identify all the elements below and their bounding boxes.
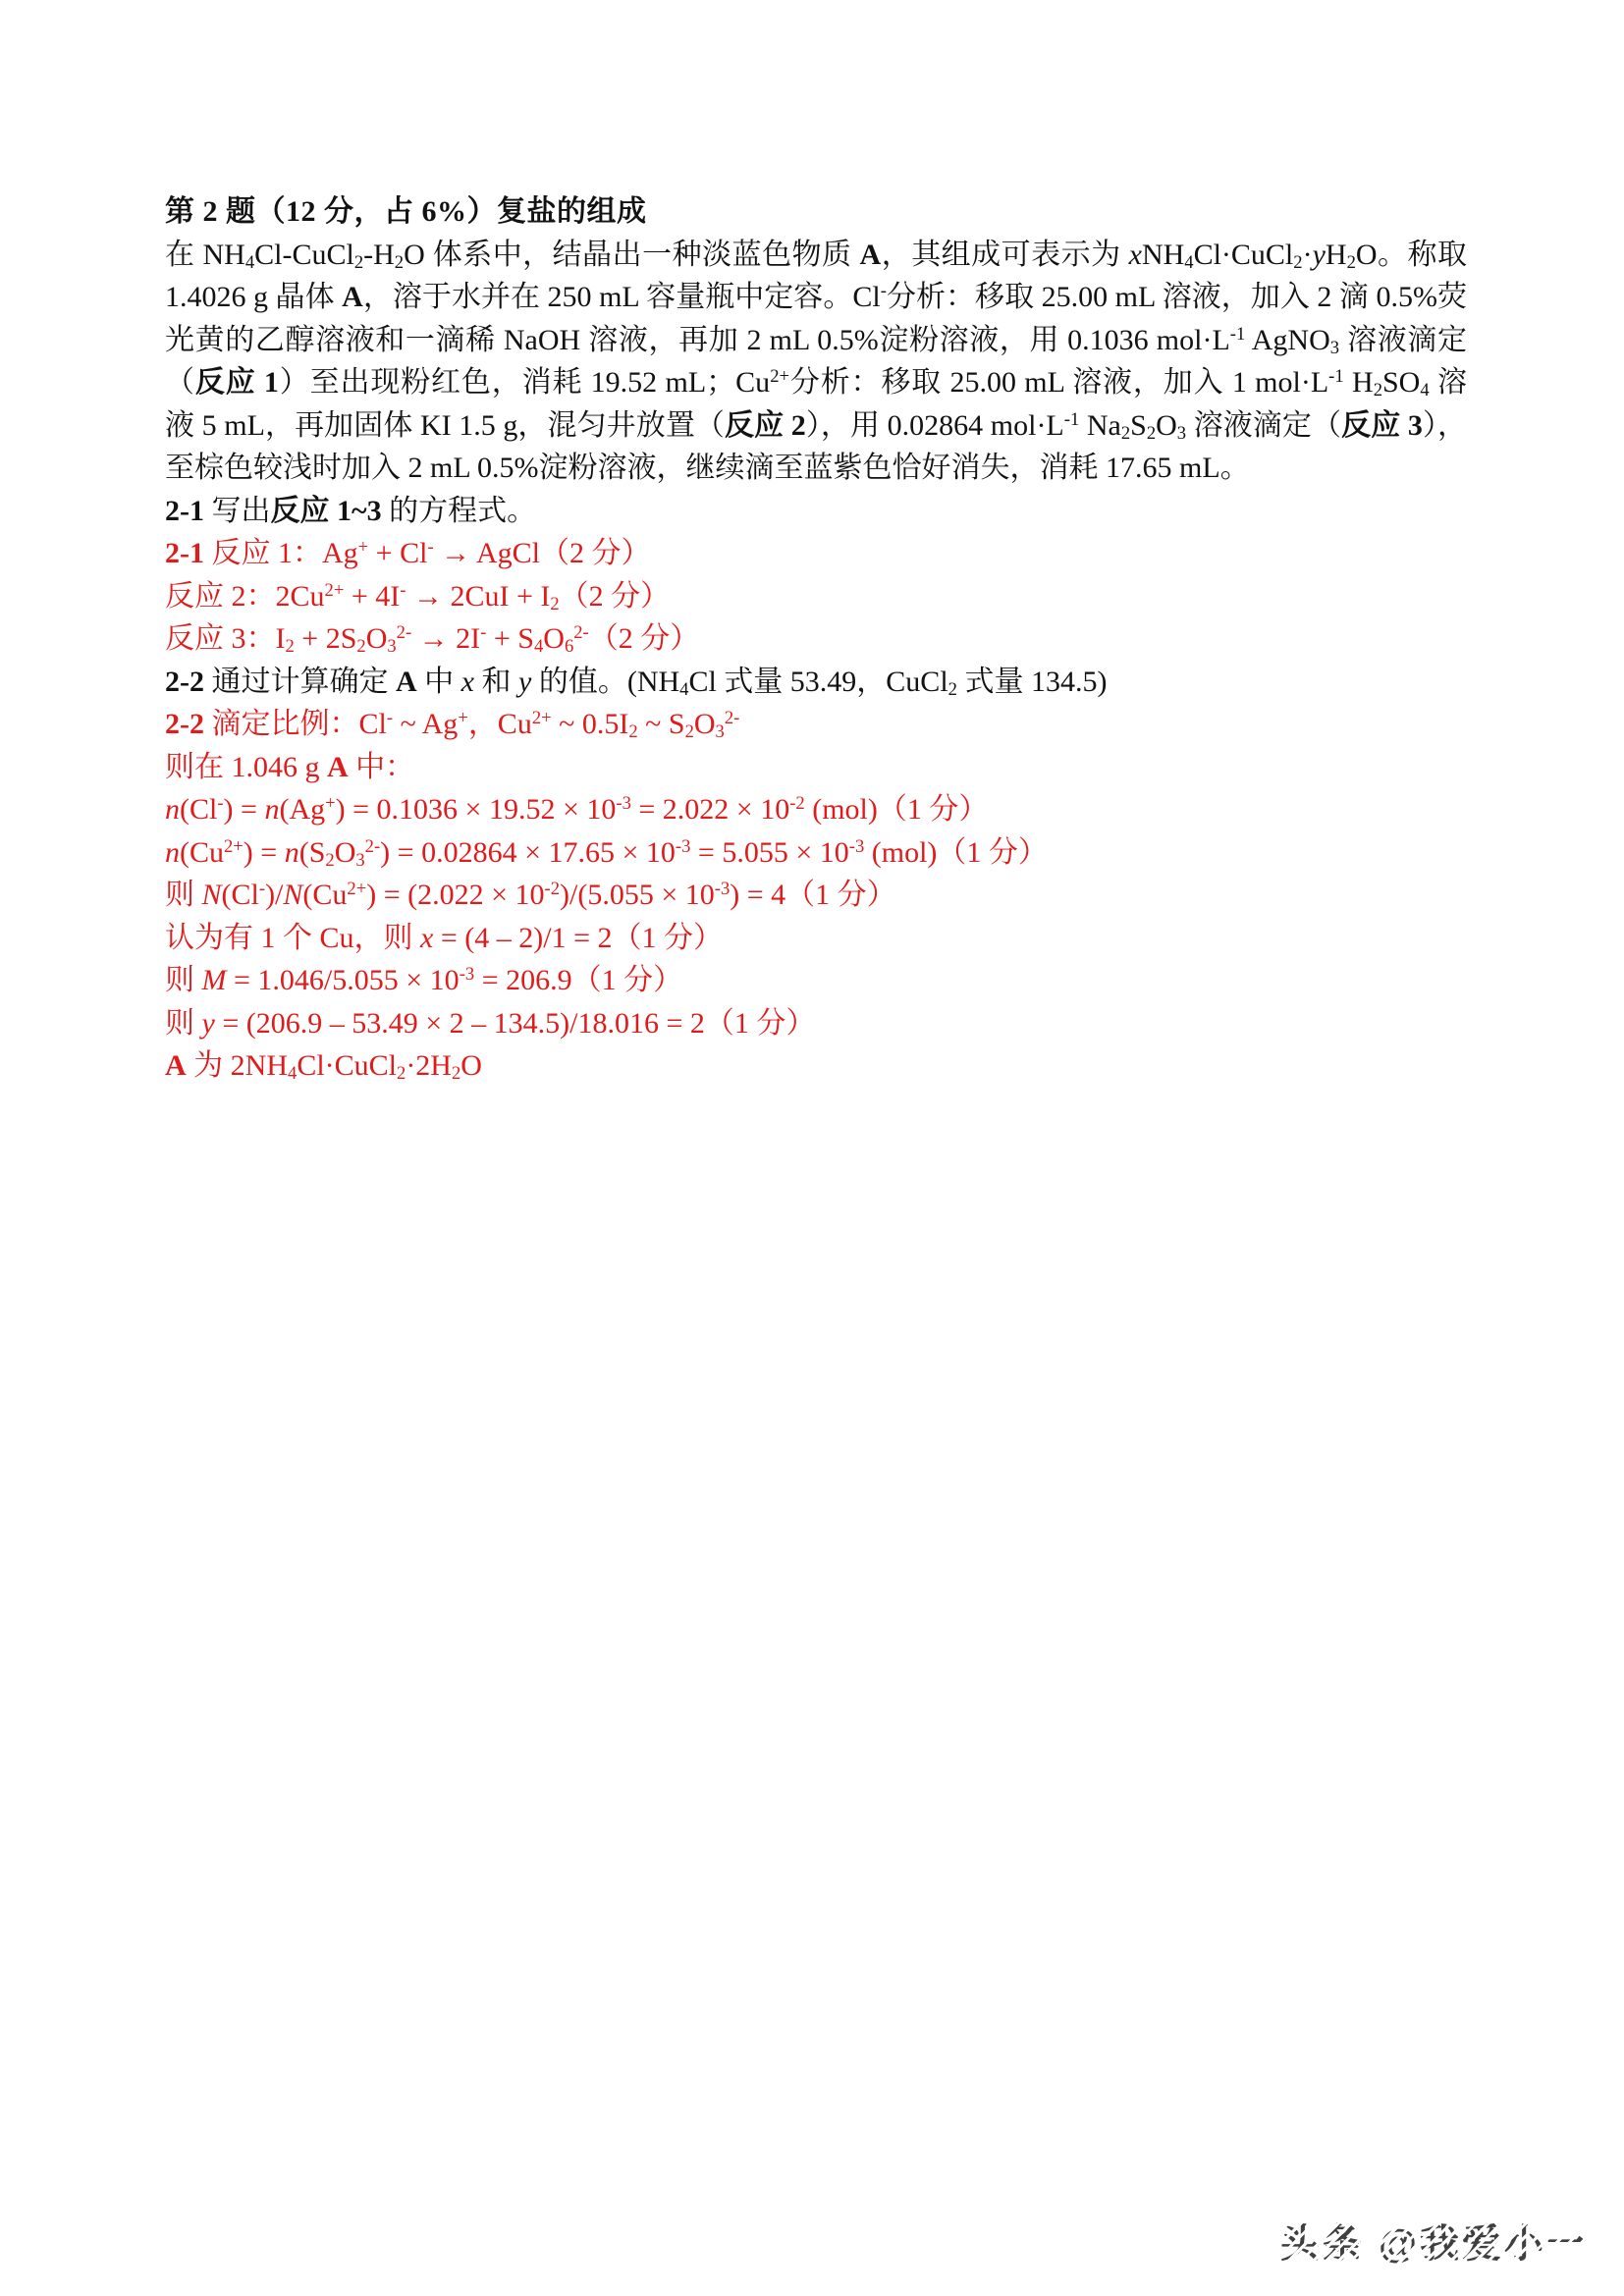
question-2-1-prompt: 2-1 写出反应 1~3 的方程式。 <box>165 490 1467 533</box>
watermark-text: 头条 @我爱小一 <box>1280 2213 1589 2269</box>
answer-molar-mass: 则 M = 1.046/5.055 × 10-3 = 206.9（1 分） <box>165 959 1467 1002</box>
answer-formula-of-a: A 为 2NH4Cl·CuCl2·2H2O <box>165 1044 1467 1088</box>
document-page: { "document": { "colors": { "answer_red"… <box>0 0 1624 2296</box>
answer-n-copper: n(Cu2+) = n(S2O32-) = 0.02864 × 17.65 × … <box>165 831 1467 875</box>
document-content: 第 2 题（12 分，占 6%）复盐的组成 在 NH4Cl-CuCl2-H2O … <box>165 190 1467 1088</box>
answer-2-1-reaction-1: 2-1 反应 1：Ag+ + Cl- → AgCl（2 分） <box>165 532 1467 575</box>
problem-title: 第 2 题（12 分，占 6%）复盐的组成 <box>165 190 1467 234</box>
answer-reaction-3: 反应 3：I2 + 2S2O32- → 2I- + S4O62-（2 分） <box>165 617 1467 661</box>
problem-statement: 在 NH4Cl-CuCl2-H2O 体系中，结晶出一种淡蓝色物质 A，其组成可表… <box>165 234 1467 490</box>
answer-x-value: 认为有 1 个 Cu，则 x = (4 – 2)/1 = 2（1 分） <box>165 917 1467 960</box>
answer-n-chloride: n(Cl-) = n(Ag+) = 0.1036 × 19.52 × 10-3 … <box>165 788 1467 831</box>
question-2-2-prompt: 2-2 通过计算确定 A 中 x 和 y 的值。(NH4Cl 式量 53.49，… <box>165 661 1467 704</box>
answer-2-2-titration-ratio: 2-2 滴定比例：Cl- ~ Ag+，Cu2+ ~ 0.5I2 ~ S2O32- <box>165 703 1467 746</box>
answer-sample-basis: 则在 1.046 g A 中： <box>165 746 1467 789</box>
answer-y-value: 则 y = (206.9 – 53.49 × 2 – 134.5)/18.016… <box>165 1002 1467 1045</box>
answer-reaction-2: 反应 2：2Cu2+ + 4I- → 2CuI + I2（2 分） <box>165 575 1467 618</box>
answer-mole-ratio: 则 N(Cl-)/N(Cu2+) = (2.022 × 10-2)/(5.055… <box>165 874 1467 917</box>
